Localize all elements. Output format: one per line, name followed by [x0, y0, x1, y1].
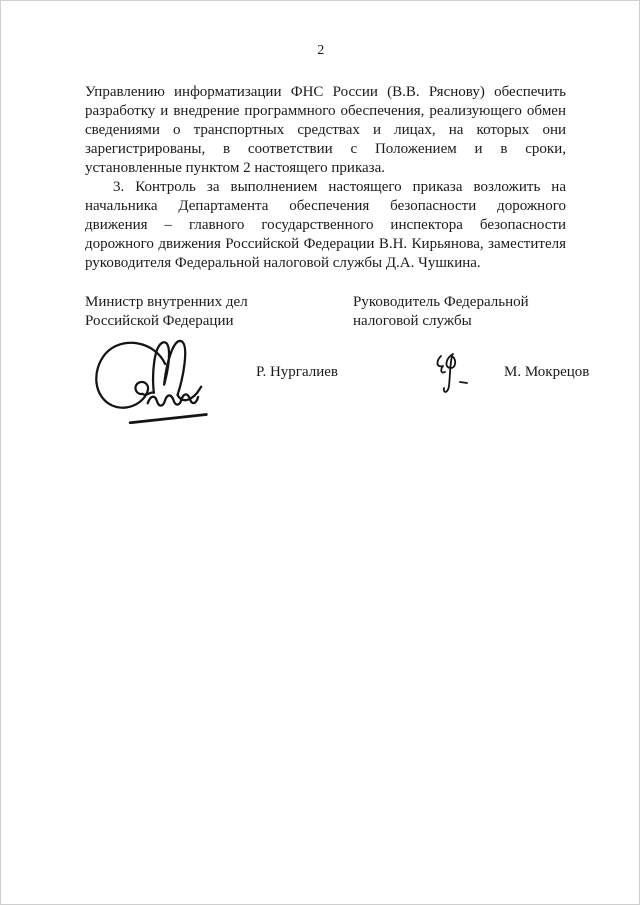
- paragraph-line: Управлению информатизации ФНС России (В.…: [85, 83, 566, 102]
- paragraph-line: дорожного движения Российской Федерации …: [85, 235, 566, 254]
- signatory-title-line: Российской Федерации: [85, 312, 248, 331]
- paragraph-line: установленные пунктом 2 настоящего прика…: [85, 159, 566, 178]
- signatory-name-left: Р. Нургалиев: [256, 363, 338, 382]
- signatory-title-line: Руководитель Федеральной: [353, 293, 529, 312]
- signatory-title-right: Руководитель Федеральной налоговой служб…: [353, 293, 529, 331]
- handwritten-initials-icon: [432, 351, 470, 401]
- paragraph-line: движения – главного государственного инс…: [85, 216, 566, 235]
- paragraph-line: 3. Контроль за выполнением настоящего пр…: [85, 178, 566, 197]
- paragraph-line: сведениями о транспортных средствах и ли…: [85, 121, 566, 140]
- body-text: Управлению информатизации ФНС России (В.…: [85, 83, 566, 273]
- handwritten-signature-icon: [91, 333, 227, 428]
- page-number: 2: [1, 44, 640, 58]
- paragraph-line: руководителя Федеральной налоговой служб…: [85, 254, 566, 273]
- signatory-name-right: М. Мокрецов: [504, 363, 589, 382]
- signatory-title-line: Министр внутренних дел: [85, 293, 248, 312]
- signatory-title-left: Министр внутренних дел Российской Федера…: [85, 293, 248, 331]
- document-page: 2 Управлению информатизации ФНС России (…: [0, 0, 640, 905]
- paragraph-line: начальника Департамента обеспечения безо…: [85, 197, 566, 216]
- signatory-title-line: налоговой службы: [353, 312, 529, 331]
- paragraph-line: зарегистрированы, в соответствии с Полож…: [85, 140, 566, 159]
- paragraph-line: разработку и внедрение программного обес…: [85, 102, 566, 121]
